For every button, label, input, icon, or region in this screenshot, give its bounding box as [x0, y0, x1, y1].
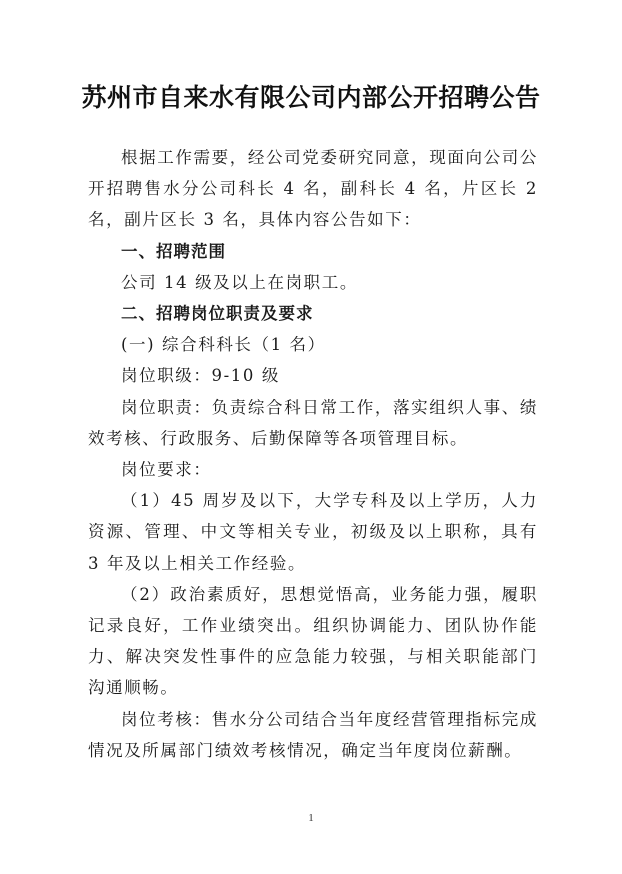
scope-paragraph: 公司 14 级及以上在岗职工。 — [88, 267, 538, 298]
document-title: 苏州市自来水有限公司内部公开招聘公告 — [0, 78, 622, 114]
position-assessment: 岗位考核：售水分公司结合当年度经营管理指标完成情况及所属部门绩效考核情况，确定当… — [88, 704, 538, 766]
page-number: 1 — [0, 812, 622, 824]
requirement-2: （2）政治素质好，思想觉悟高，业务能力强，履职记录良好，工作业绩突出。组织协调能… — [88, 579, 538, 704]
position-title: (一) 综合科科长（1 名） — [88, 329, 538, 360]
position-level: 岗位职级：9-10 级 — [88, 360, 538, 391]
document-page: 苏州市自来水有限公司内部公开招聘公告 根据工作需要，经公司党委研究同意，现面向公… — [0, 0, 622, 874]
position-requirements-label: 岗位要求： — [88, 454, 538, 485]
section-heading-scope: 一、招聘范围 — [88, 236, 538, 267]
section-heading-positions: 二、招聘岗位职责及要求 — [88, 298, 538, 329]
position-duties: 岗位职责：负责综合科日常工作，落实组织人事、绩效考核、行政服务、后勤保障等各项管… — [88, 392, 538, 454]
intro-paragraph: 根据工作需要，经公司党委研究同意，现面向公司公开招聘售水分公司科长 4 名，副科… — [88, 142, 538, 236]
requirement-1: （1）45 周岁及以下，大学专科及以上学历，人力资源、管理、中文等相关专业，初级… — [88, 485, 538, 579]
document-body: 根据工作需要，经公司党委研究同意，现面向公司公开招聘售水分公司科长 4 名，副科… — [88, 142, 538, 766]
